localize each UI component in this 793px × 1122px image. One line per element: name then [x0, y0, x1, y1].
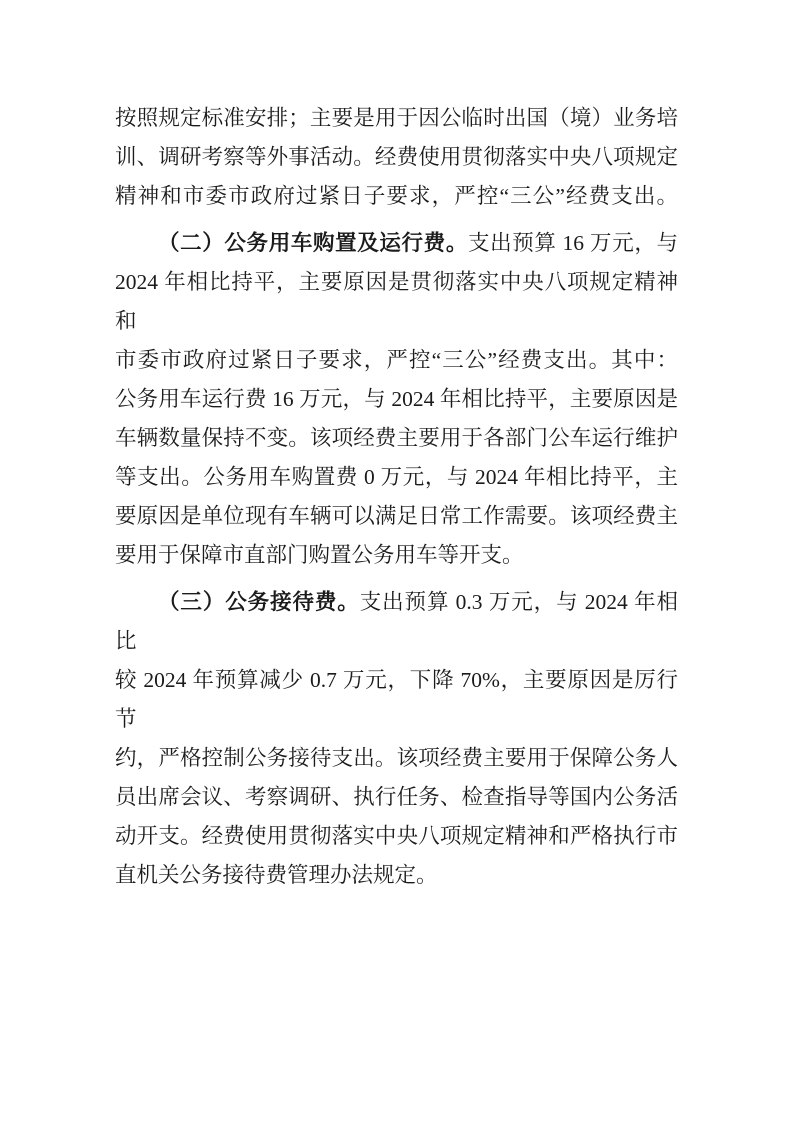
text-line: 直机关公务接待费管理办法规定。 [115, 856, 678, 895]
text-line: 较 2024 年预算减少 0.7 万元，下降 70%，主要原因是厉行节 [115, 661, 678, 739]
paragraph-official-reception: （三）公务接待费。支出预算 0.3 万元，与 2024 年相比 较 2024 年… [115, 583, 678, 895]
text-line: 要原因是单位现有车辆可以满足日常工作需要。该项经费主 [115, 497, 678, 536]
text-line: 市委市政府过紧日子要求，严控“三公”经费支出。其中： [115, 341, 678, 380]
text-line: 约，严格控制公务接待支出。该项经费主要用于保障公务人 [115, 739, 678, 778]
subheading-rest-text: 支出预算 16 万元，与 [468, 231, 678, 255]
paragraph-official-vehicles: （二）公务用车购置及运行费。支出预算 16 万元，与 2024 年相比持平，主要… [115, 224, 678, 575]
text-line: （二）公务用车购置及运行费。支出预算 16 万元，与 [115, 224, 678, 263]
text-line: 精神和市委市政府过紧日子要求，严控“三公”经费支出。 [115, 177, 678, 216]
subheading-reception-fee: （三）公务接待费。 [158, 590, 360, 614]
text-line: 动开支。经费使用贯彻落实中央八项规定精神和严格执行市 [115, 817, 678, 856]
text-line: 员出席会议、考察调研、执行任务、检查指导等国内公务活 [115, 778, 678, 817]
text-line: 按照规定标准安排；主要是用于因公临时出国（境）业务培 [115, 99, 678, 138]
text-line: （三）公务接待费。支出预算 0.3 万元，与 2024 年相比 [115, 583, 678, 661]
text-line: 公务用车运行费 16 万元，与 2024 年相比持平，主要原因是 [115, 380, 678, 419]
paragraph-overflow-foreign-affairs: 按照规定标准安排；主要是用于因公临时出国（境）业务培 训、调研考察等外事活动。经… [115, 99, 678, 216]
document-page: 按照规定标准安排；主要是用于因公临时出国（境）业务培 训、调研考察等外事活动。经… [0, 0, 793, 1122]
text-line: 要用于保障市直部门购置公务用车等开支。 [115, 536, 678, 575]
document-body: 按照规定标准安排；主要是用于因公临时出国（境）业务培 训、调研考察等外事活动。经… [115, 99, 678, 895]
subheading-vehicle-purchase-operation: （二）公务用车购置及运行费。 [158, 231, 468, 255]
text-line: 训、调研考察等外事活动。经费使用贯彻落实中央八项规定 [115, 138, 678, 177]
text-line: 等支出。公务用车购置费 0 万元，与 2024 年相比持平，主 [115, 458, 678, 497]
text-line: 车辆数量保持不变。该项经费主要用于各部门公车运行维护 [115, 419, 678, 458]
text-line: 2024 年相比持平，主要原因是贯彻落实中央八项规定精神和 [115, 263, 678, 341]
